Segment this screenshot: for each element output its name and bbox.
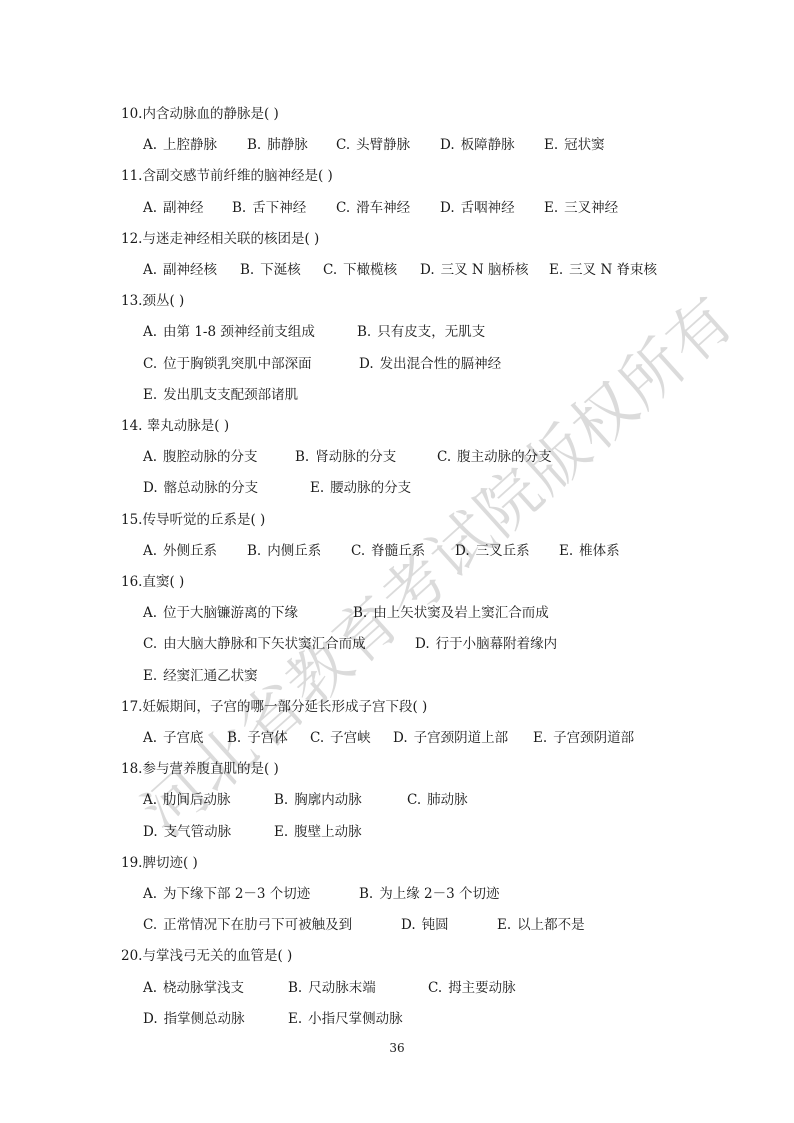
- answer-option: A.为下缘下部 2－3 个切迹: [143, 884, 310, 904]
- option-text: 子宫颈阴道上部: [414, 730, 509, 746]
- option-text: 正常情况下在肋弓下可被触及到: [163, 917, 352, 933]
- option-text: 肾动脉的分支: [315, 449, 396, 465]
- option-text: 三叉丘系: [476, 543, 530, 559]
- answer-option: B.肾动脉的分支: [295, 447, 396, 467]
- option-letter: E.: [497, 917, 511, 933]
- option-text: 为下缘下部 2－3 个切迹: [163, 886, 310, 902]
- option-letter: C.: [336, 200, 350, 216]
- option-text: 指掌侧总动脉: [164, 1011, 245, 1027]
- option-letter: B.: [288, 980, 302, 996]
- option-letter: D.: [143, 1011, 158, 1027]
- answer-option: A.上腔静脉: [143, 135, 217, 155]
- option-text: 子宫峡: [330, 730, 371, 746]
- answer-option: B.只有皮支，无肌支: [357, 322, 485, 342]
- option-letter: C.: [428, 980, 442, 996]
- question-stem: 15.传导听觉的丘系是( ): [121, 510, 265, 530]
- exam-page: 河北省教育考试院版权所有 10.内含动脉血的静脉是( )A.上腔静脉B.肺静脉C…: [0, 0, 794, 1123]
- option-text: 位于胸锁乳突肌中部深面: [163, 356, 312, 372]
- option-text: 尺动脉末端: [308, 980, 376, 996]
- option-letter: A.: [143, 980, 157, 996]
- answer-option: A.子宫底: [143, 728, 204, 748]
- option-letter: C.: [143, 917, 157, 933]
- answer-option: B.下涎核: [240, 260, 301, 280]
- answer-option: A.由第 1-8 颈神经前支组成: [143, 322, 315, 342]
- option-letter: C.: [143, 636, 157, 652]
- option-text: 以上都不是: [517, 917, 585, 933]
- option-letter: C.: [336, 137, 350, 153]
- answer-option: C.正常情况下在肋弓下可被触及到: [143, 915, 352, 935]
- answer-option: D.行于小脑幕附着缘内: [415, 634, 557, 654]
- option-letter: A.: [143, 137, 157, 153]
- answer-option: B.为上缘 2－3 个切迹: [359, 884, 499, 904]
- option-text: 椎体系: [579, 543, 620, 559]
- option-letter: B.: [357, 324, 371, 340]
- question-stem: 14. 睾丸动脉是( ): [121, 416, 229, 436]
- option-text: 滑车神经: [356, 200, 410, 216]
- option-text: 只有皮支，无肌支: [377, 324, 485, 340]
- page-number: 36: [0, 1041, 794, 1055]
- answer-option: B.内侧丘系: [247, 541, 321, 561]
- option-letter: E.: [274, 824, 288, 840]
- answer-option: B.舌下神经: [232, 198, 306, 218]
- option-text: 钝圆: [422, 917, 449, 933]
- option-letter: D.: [401, 917, 416, 933]
- option-text: 行于小脑幕附着缘内: [436, 636, 558, 652]
- option-letter: E.: [544, 137, 558, 153]
- answer-option: D.三叉丘系: [455, 541, 530, 561]
- option-text: 舌咽神经: [461, 200, 515, 216]
- option-letter: D.: [143, 824, 158, 840]
- option-letter: E.: [549, 262, 563, 278]
- option-text: 发出混合性的膈神经: [380, 356, 502, 372]
- option-letter: B.: [232, 200, 246, 216]
- answer-option: D.髂总动脉的分支: [143, 478, 258, 498]
- option-text: 髂总动脉的分支: [164, 480, 259, 496]
- option-letter: D.: [359, 356, 374, 372]
- option-text: 脊髓丘系: [371, 543, 425, 559]
- option-text: 拇主要动脉: [448, 980, 516, 996]
- option-letter: C.: [310, 730, 324, 746]
- option-letter: E.: [143, 387, 157, 403]
- option-letter: D.: [415, 636, 430, 652]
- option-text: 由大脑大静脉和下矢状窦汇合而成: [163, 636, 366, 652]
- option-text: 外侧丘系: [163, 543, 217, 559]
- option-letter: C.: [351, 543, 365, 559]
- option-letter: A.: [143, 605, 157, 621]
- answer-option: A.肋间后动脉: [143, 790, 231, 810]
- option-letter: E.: [288, 1011, 302, 1027]
- question-stem: 16.直窦( ): [121, 572, 184, 592]
- option-letter: B.: [359, 886, 373, 902]
- answer-option: D.钝圆: [401, 915, 449, 935]
- answer-option: E.子宫颈阴道部: [533, 728, 634, 748]
- option-text: 腹主动脉的分支: [457, 449, 552, 465]
- option-text: 三叉 N 脊束核: [569, 262, 657, 278]
- option-letter: C.: [143, 356, 157, 372]
- option-letter: B.: [227, 730, 241, 746]
- option-text: 副神经: [163, 200, 204, 216]
- answer-option: B.尺动脉末端: [288, 978, 376, 998]
- answer-option: D.子宫颈阴道上部: [393, 728, 508, 748]
- answer-option: E.椎体系: [559, 541, 620, 561]
- answer-option: D.舌咽神经: [440, 198, 515, 218]
- answer-option: C.头臂静脉: [336, 135, 410, 155]
- option-text: 子宫体: [247, 730, 288, 746]
- option-text: 舌下神经: [252, 200, 306, 216]
- answer-option: D.支气管动脉: [143, 822, 231, 842]
- question-stem: 12.与迷走神经相关联的核团是( ): [121, 229, 319, 249]
- option-letter: D.: [455, 543, 470, 559]
- option-text: 下橄榄核: [343, 262, 397, 278]
- option-text: 发出肌支支配颈部诸肌: [163, 387, 298, 403]
- option-letter: A.: [143, 730, 157, 746]
- question-stem: 11.含副交感节前纤维的脑神经是( ): [121, 166, 333, 186]
- answer-option: A.腹腔动脉的分支: [143, 447, 258, 467]
- option-text: 胸廓内动脉: [294, 792, 362, 808]
- option-text: 内侧丘系: [267, 543, 321, 559]
- answer-option: B.胸廓内动脉: [274, 790, 362, 810]
- option-text: 冠状窦: [564, 137, 605, 153]
- answer-option: D.指掌侧总动脉: [143, 1009, 245, 1029]
- answer-option: C.拇主要动脉: [428, 978, 516, 998]
- option-letter: B.: [247, 543, 261, 559]
- option-letter: B.: [274, 792, 288, 808]
- option-text: 经窦汇通乙状窦: [163, 668, 258, 684]
- option-text: 三叉神经: [564, 200, 618, 216]
- question-stem: 19.脾切迹( ): [121, 853, 198, 873]
- option-text: 上腔静脉: [163, 137, 217, 153]
- answer-option: C.位于胸锁乳突肌中部深面: [143, 354, 312, 374]
- answer-option: C.由大脑大静脉和下矢状窦汇合而成: [143, 634, 366, 654]
- answer-option: A.外侧丘系: [143, 541, 217, 561]
- answer-option: B.肺静脉: [247, 135, 308, 155]
- option-text: 头臂静脉: [356, 137, 410, 153]
- option-text: 子宫底: [163, 730, 204, 746]
- answer-option: A.副神经: [143, 198, 204, 218]
- answer-option: B.子宫体: [227, 728, 288, 748]
- answer-option: D.三叉 N 脑桥核: [420, 260, 529, 280]
- option-letter: E.: [544, 200, 558, 216]
- option-letter: B.: [247, 137, 261, 153]
- option-letter: D.: [420, 262, 435, 278]
- option-letter: D.: [440, 200, 455, 216]
- option-text: 小指尺掌侧动脉: [308, 1011, 403, 1027]
- option-letter: A.: [143, 262, 157, 278]
- answer-option: A.桡动脉掌浅支: [143, 978, 244, 998]
- option-text: 桡动脉掌浅支: [163, 980, 244, 996]
- option-letter: A.: [143, 543, 157, 559]
- option-letter: A.: [143, 449, 157, 465]
- option-letter: C.: [407, 792, 421, 808]
- option-text: 腰动脉的分支: [330, 480, 411, 496]
- option-text: 副神经核: [163, 262, 217, 278]
- option-letter: D.: [393, 730, 408, 746]
- option-letter: E.: [559, 543, 573, 559]
- option-letter: B.: [240, 262, 254, 278]
- answer-option: C.脊髓丘系: [351, 541, 425, 561]
- answer-option: C.腹主动脉的分支: [437, 447, 552, 467]
- answer-option: C.下橄榄核: [323, 260, 397, 280]
- option-text: 肺动脉: [427, 792, 468, 808]
- answer-option: A.位于大脑镰游离的下缘: [143, 603, 298, 623]
- answer-option: E.发出肌支支配颈部诸肌: [143, 385, 298, 405]
- answer-option: E.三叉 N 脊束核: [549, 260, 657, 280]
- option-letter: B.: [295, 449, 309, 465]
- option-letter: A.: [143, 324, 157, 340]
- question-stem: 20.与掌浅弓无关的血管是( ): [121, 946, 292, 966]
- option-text: 由第 1-8 颈神经前支组成: [163, 324, 315, 340]
- option-letter: D.: [143, 480, 158, 496]
- answer-option: E.经窦汇通乙状窦: [143, 666, 258, 686]
- question-stem: 13.颈丛( ): [121, 291, 184, 311]
- option-text: 腹腔动脉的分支: [163, 449, 258, 465]
- option-text: 由上矢状窦及岩上窦汇合而成: [373, 605, 549, 621]
- option-text: 位于大脑镰游离的下缘: [163, 605, 298, 621]
- option-letter: A.: [143, 886, 157, 902]
- option-letter: E.: [143, 668, 157, 684]
- option-letter: D.: [440, 137, 455, 153]
- option-letter: E.: [310, 480, 324, 496]
- question-stem: 10.内含动脉血的静脉是( ): [121, 104, 279, 124]
- option-letter: C.: [323, 262, 337, 278]
- answer-option: E.冠状窦: [544, 135, 605, 155]
- option-text: 下涎核: [260, 262, 301, 278]
- option-text: 三叉 N 脑桥核: [441, 262, 529, 278]
- question-stem: 18.参与营养腹直肌的是( ): [121, 759, 279, 779]
- option-letter: B.: [353, 605, 367, 621]
- answer-option: E.腰动脉的分支: [310, 478, 411, 498]
- answer-option: B.由上矢状窦及岩上窦汇合而成: [353, 603, 549, 623]
- option-letter: C.: [437, 449, 451, 465]
- option-letter: A.: [143, 200, 157, 216]
- option-text: 肋间后动脉: [163, 792, 231, 808]
- option-text: 肺静脉: [267, 137, 308, 153]
- question-stem: 17.妊娠期间，子宫的哪一部分延长形成子宫下段( ): [121, 697, 427, 717]
- answer-option: C.滑车神经: [336, 198, 410, 218]
- answer-option: C.子宫峡: [310, 728, 371, 748]
- option-letter: E.: [533, 730, 547, 746]
- answer-option: D.板障静脉: [440, 135, 515, 155]
- answer-option: E.小指尺掌侧动脉: [288, 1009, 403, 1029]
- answer-option: E.以上都不是: [497, 915, 585, 935]
- answer-option: D.发出混合性的膈神经: [359, 354, 501, 374]
- option-text: 为上缘 2－3 个切迹: [379, 886, 499, 902]
- option-text: 腹壁上动脉: [294, 824, 362, 840]
- answer-option: C.肺动脉: [407, 790, 468, 810]
- option-letter: A.: [143, 792, 157, 808]
- option-text: 支气管动脉: [164, 824, 232, 840]
- option-text: 子宫颈阴道部: [553, 730, 634, 746]
- answer-option: E.腹壁上动脉: [274, 822, 362, 842]
- answer-option: A.副神经核: [143, 260, 217, 280]
- option-text: 板障静脉: [461, 137, 515, 153]
- answer-option: E.三叉神经: [544, 198, 618, 218]
